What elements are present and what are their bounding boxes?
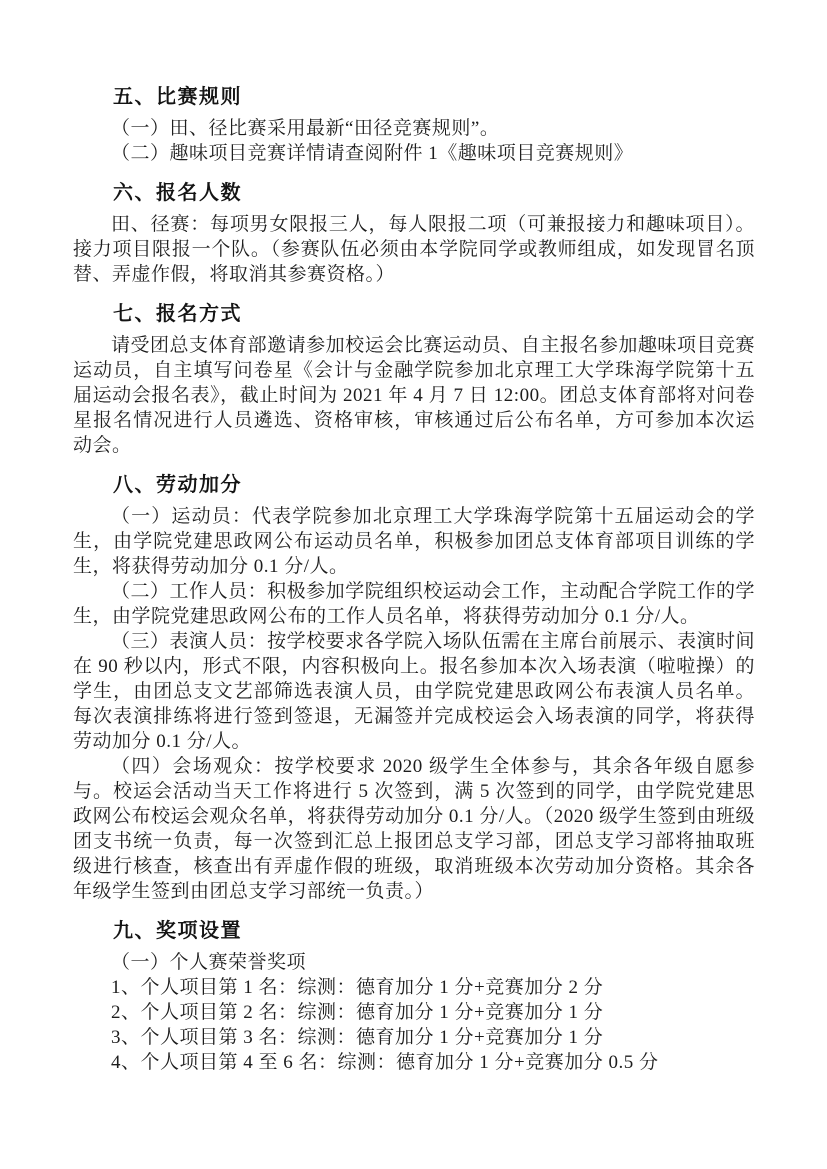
award-item: 2、个人项目第 2 名：综测：德育加分 1 分+竞赛加分 1 分 — [73, 1000, 755, 1025]
paragraph: （一）个人赛荣誉奖项 — [73, 950, 755, 975]
award-item: 4、个人项目第 4 至 6 名：综测：德育加分 1 分+竞赛加分 0.5 分 — [73, 1050, 755, 1075]
paragraph: （四）会场观众：按学校要求 2020 级学生全体参与，其余各年级自愿参与。校运会… — [73, 754, 755, 904]
section-labor-points: 八、劳动加分 （一）运动员：代表学院参加北京理工大学珠海学院第十五届运动会的学生… — [73, 474, 755, 904]
section-heading: 九、奖项设置 — [73, 920, 755, 942]
award-item: 3、个人项目第 3 名：综测：德育加分 1 分+竞赛加分 1 分 — [73, 1025, 755, 1050]
paragraph: （一）田、径比赛采用最新“田径竞赛规则”。 — [73, 116, 755, 141]
paragraph: 田、径赛：每项男女限报三人，每人限报二项（可兼报接力和趣味项目）。接力项目限报一… — [73, 212, 755, 287]
section-awards: 九、奖项设置 （一）个人赛荣誉奖项 1、个人项目第 1 名：综测：德育加分 1 … — [73, 920, 755, 1075]
section-heading: 七、报名方式 — [73, 303, 755, 325]
document-page: 五、比赛规则 （一）田、径比赛采用最新“田径竞赛规则”。 （二）趣味项目竞赛详情… — [0, 0, 827, 1169]
paragraph: （二）工作人员：积极参加学院组织校运动会工作，主动配合学院工作的学生，由学院党建… — [73, 579, 755, 629]
section-heading: 五、比赛规则 — [73, 86, 755, 108]
paragraph: 请受团总支体育部邀请参加校运会比赛运动员、自主报名参加趣味项目竞赛运动员，自主填… — [73, 333, 755, 458]
section-heading: 八、劳动加分 — [73, 474, 755, 496]
paragraph: （二）趣味项目竞赛详情请查阅附件 1《趣味项目竞赛规则》 — [73, 141, 755, 166]
section-registration-quota: 六、报名人数 田、径赛：每项男女限报三人，每人限报二项（可兼报接力和趣味项目）。… — [73, 182, 755, 287]
section-heading: 六、报名人数 — [73, 182, 755, 204]
paragraph: （三）表演人员：按学校要求各学院入场队伍需在主席台前展示、表演时间在 90 秒以… — [73, 629, 755, 754]
section-competition-rules: 五、比赛规则 （一）田、径比赛采用最新“田径竞赛规则”。 （二）趣味项目竞赛详情… — [73, 86, 755, 166]
section-registration-method: 七、报名方式 请受团总支体育部邀请参加校运会比赛运动员、自主报名参加趣味项目竞赛… — [73, 303, 755, 458]
paragraph: （一）运动员：代表学院参加北京理工大学珠海学院第十五届运动会的学生，由学院党建思… — [73, 504, 755, 579]
award-item: 1、个人项目第 1 名：综测：德育加分 1 分+竞赛加分 2 分 — [73, 975, 755, 1000]
